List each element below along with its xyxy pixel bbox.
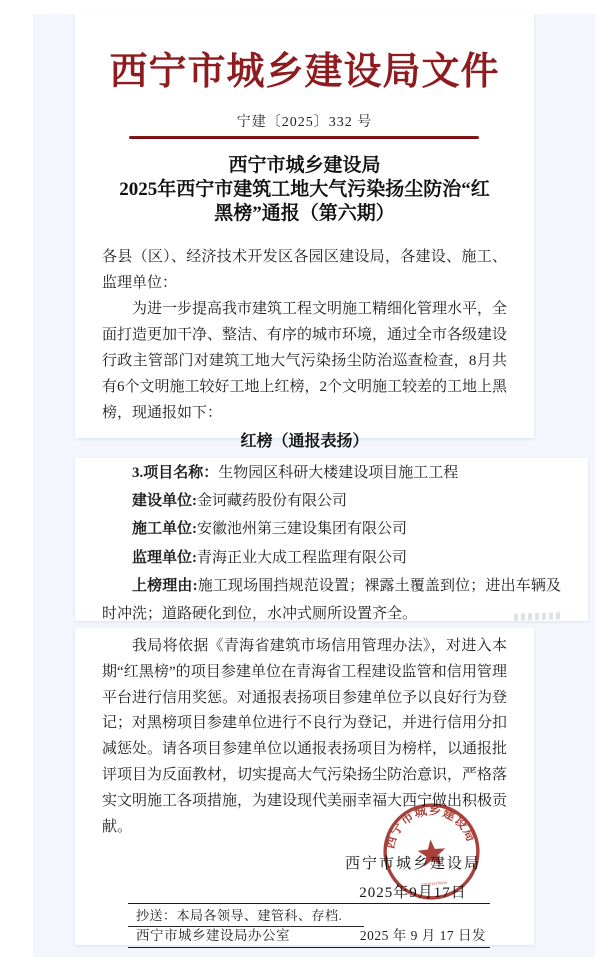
project-name-value: 生物园区科研大楼建设项目施工工程 [218,465,458,481]
supervisor-label: 监理单位: [132,550,197,566]
project-name-row: 3.项目名称：生物园区科研大楼建设项目施工工程 [102,459,561,487]
official-seal: 西宁市城乡建设局 6301013170416 [376,796,488,908]
builder-label: 建设单位: [132,493,197,509]
colophon-top-rule [128,903,490,904]
document-title-line2: 2025年西宁市建筑工地大气污染扬尘防治“红 [85,178,524,202]
document-title-line1: 西宁市城乡建设局 [85,154,524,178]
supervisor-value: 青海正业大成工程监理有限公司 [197,550,407,566]
document-title: 西宁市城乡建设局 2025年西宁市建筑工地大气污染扬尘防治“红 黑榜”通报（第六… [85,154,524,226]
intro-paragraph: 为进一步提高我市建筑工程文明施工精细化管理水平，全面打造更加干净、整洁、有序的城… [102,296,507,426]
document-page: 西宁市城乡建设局文件 宁建〔2025〕332 号 西宁市城乡建设局 2025年西… [0,0,600,957]
contractor-label: 施工单位: [132,521,197,537]
seal-graphic: 西宁市城乡建设局 6301013170416 [376,796,488,908]
issue-date: 2025 年 9 月 17 日发 [360,924,486,944]
red-divider-rule [129,136,479,139]
reason-label: 上榜理由: [132,578,198,594]
builder-value: 金诃藏药股份有限公司 [197,493,347,509]
contractor-value: 安徽池州第三建设集团有限公司 [197,521,407,537]
supervisor-row: 监理单位:青海正业大成工程监理有限公司 [102,544,561,572]
document-number: 宁建〔2025〕332 号 [75,111,534,131]
seal-code: 6301013170416 [421,880,447,887]
salutation: 各县（区）、经济技术开发区各园区建设局，各建设、施工、监理单位： [102,244,507,296]
contractor-row: 施工单位:安徽池州第三建设集团有限公司 [102,515,561,543]
intro-text-column: 各县（区）、经济技术开发区各园区建设局，各建设、施工、监理单位： 为进一步提高我… [102,244,507,451]
issuing-office-row: 西宁市城乡建设局办公室 2025 年 9 月 17 日发 [128,923,490,948]
project-block: 3.项目名称：生物园区科研大楼建设项目施工工程 建设单位:金诃藏药股份有限公司 … [75,458,588,621]
seal-star-icon [417,838,447,867]
cc-line: 抄送：本局各领导、建管科、存档. [136,908,342,923]
red-list-heading: 红榜（通报表扬） [102,428,507,451]
reason-row: 上榜理由:施工现场围挡规范设置；裸露土覆盖到位；进出车辆及时冲洗；道路硬化到位，… [102,572,561,628]
letterhead-title: 西宁市城乡建设局文件 [75,40,534,95]
closing-block: 我局将依据《青海省建筑市场信用管理办法》，对进入本期“红黑榜”的项目参建单位在青… [75,628,534,945]
project-name-label: 3.项目名称： [132,465,218,481]
issuing-office: 西宁市城乡建设局办公室 [136,924,290,944]
document-title-line3: 黑榜”通报（第六期） [85,202,524,226]
letterhead-block: 西宁市城乡建设局文件 宁建〔2025〕332 号 西宁市城乡建设局 2025年西… [75,14,534,438]
builder-row: 建设单位:金诃藏药股份有限公司 [102,487,561,515]
